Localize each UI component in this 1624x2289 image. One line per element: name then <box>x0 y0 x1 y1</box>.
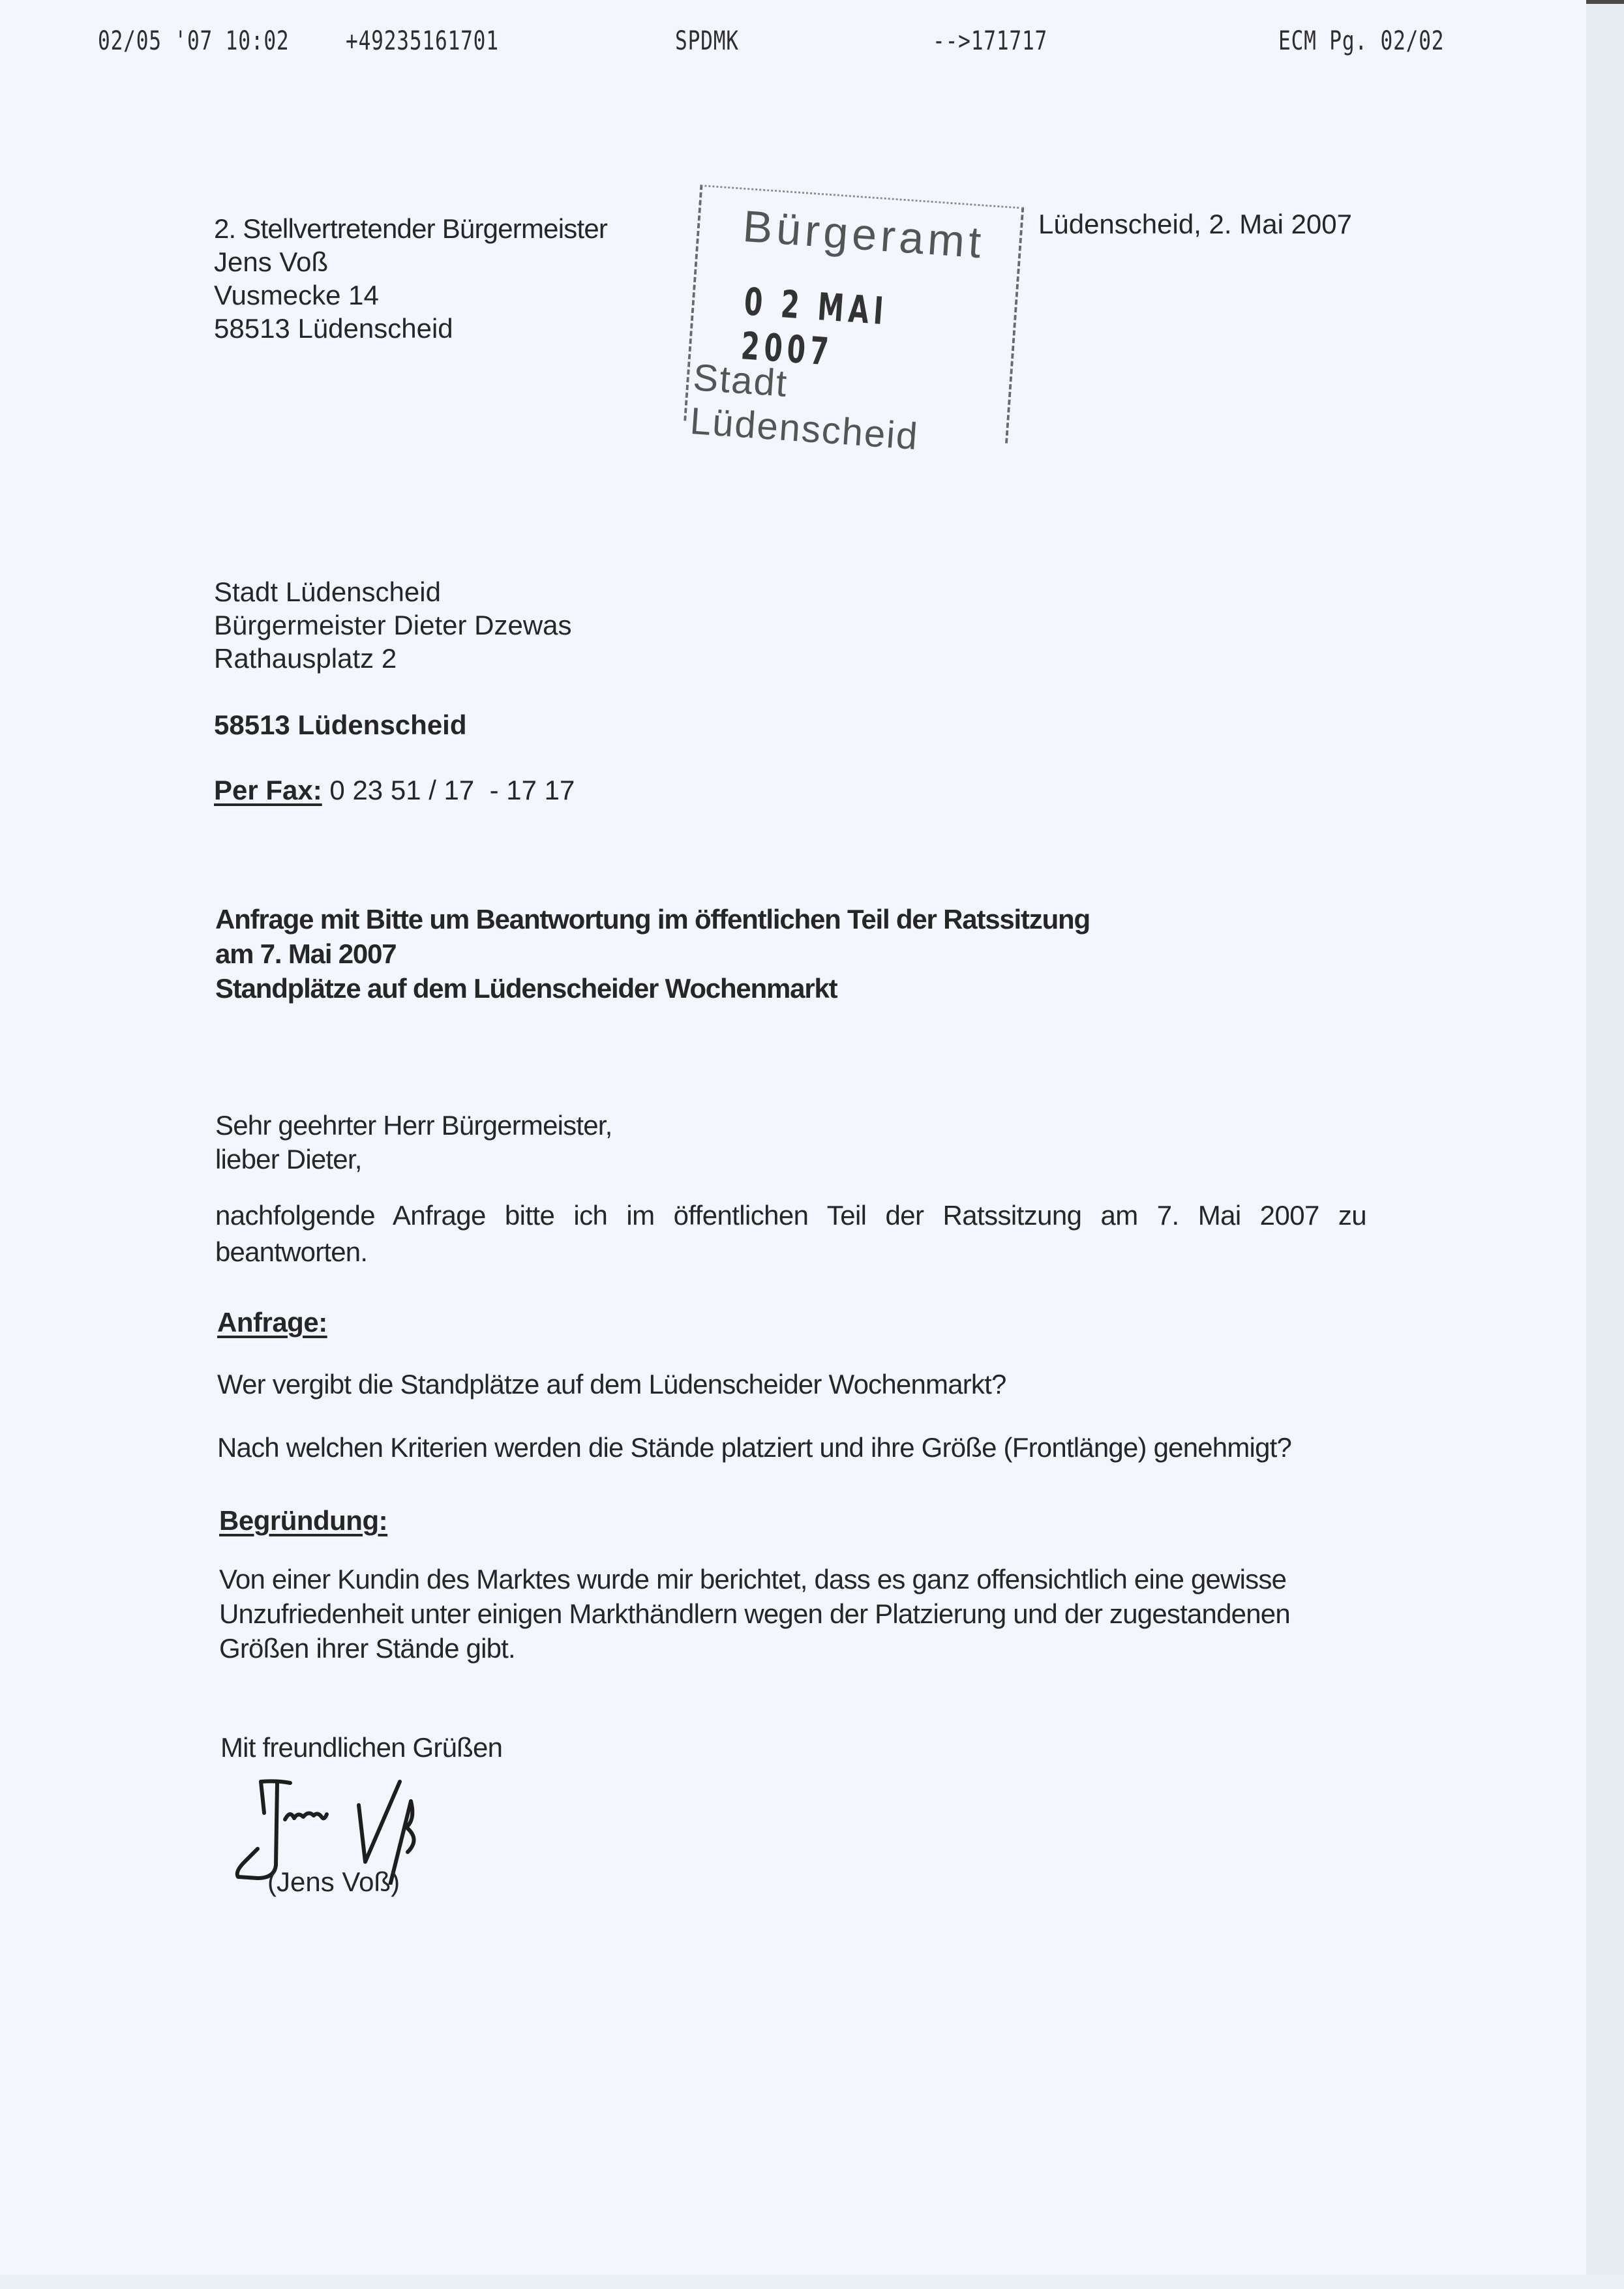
sender-city: 58513 Lüdenscheid <box>214 312 453 345</box>
recipient-org: Stadt Lüdenscheid <box>214 575 441 608</box>
anfrage-question-1: Wer vergibt die Standplätze auf dem Lüde… <box>217 1368 1006 1401</box>
subject-line-1: Anfrage mit Bitte um Beantwortung im öff… <box>215 903 1090 936</box>
scan-edge-top <box>1586 0 1624 4</box>
fax-sender-number: +49235161701 <box>346 26 499 56</box>
recipient-person: Bürgermeister Dieter Dzewas <box>214 608 572 642</box>
subject-line-3: Standplätze auf dem Lüdenscheider Wochen… <box>215 972 837 1005</box>
scan-edge-bottom <box>0 2275 1624 2289</box>
anfrage-heading: Anfrage: <box>217 1306 327 1339</box>
recipient-city: 58513 Lüdenscheid <box>214 708 467 741</box>
scan-edge-right <box>1586 0 1624 2289</box>
begruendung-heading: Begründung: <box>219 1504 387 1537</box>
begruendung-line-1: Von einer Kundin des Marktes wurde mir b… <box>219 1563 1286 1596</box>
sender-street: Vusmecke 14 <box>214 278 379 312</box>
anfrage-question-2: Nach welchen Kriterien werden die Stände… <box>217 1431 1291 1464</box>
printed-name: (Jens Voß) <box>267 1865 400 1898</box>
fax-number: 0 23 51 / 17 - 17 17 <box>329 775 575 805</box>
intro-line-1: nachfolgende Anfrage bitte ich im öffent… <box>215 1197 1366 1234</box>
recipient-fax-line: Per Fax: 0 23 51 / 17 - 17 17 <box>214 773 575 807</box>
place-date: Lüdenscheid, 2. Mai 2007 <box>1038 207 1352 241</box>
fax-page-info: ECM Pg. 02/02 <box>1278 26 1444 56</box>
sender-title: 2. Stellvertretender Bürgermeister <box>214 212 607 245</box>
salutation-line-1: Sehr geehrter Herr Bürgermeister, <box>215 1109 612 1142</box>
begruendung-line-3: Größen ihrer Stände gibt. <box>219 1632 515 1665</box>
sender-name: Jens Voß <box>214 245 328 278</box>
subject-line-2: am 7. Mai 2007 <box>215 937 396 970</box>
received-stamp: Bürgeramt 0 2 MAI 2007 Stadt Lüdenscheid <box>684 185 1026 448</box>
fax-label: Per Fax: <box>214 775 322 805</box>
closing-greeting: Mit freundlichen Grüßen <box>220 1731 502 1764</box>
salutation-line-2: lieber Dieter, <box>215 1143 362 1176</box>
fax-recipient: -->171717 <box>933 26 1047 56</box>
fax-sender-id: SPDMK <box>675 26 739 56</box>
begruendung-line-2: Unzufriedenheit unter einigen Markthändl… <box>219 1597 1290 1630</box>
fax-datetime: 02/05 '07 10:02 <box>98 26 289 56</box>
intro-line-2: beantworten. <box>215 1235 367 1268</box>
recipient-street: Rathausplatz 2 <box>214 642 397 675</box>
